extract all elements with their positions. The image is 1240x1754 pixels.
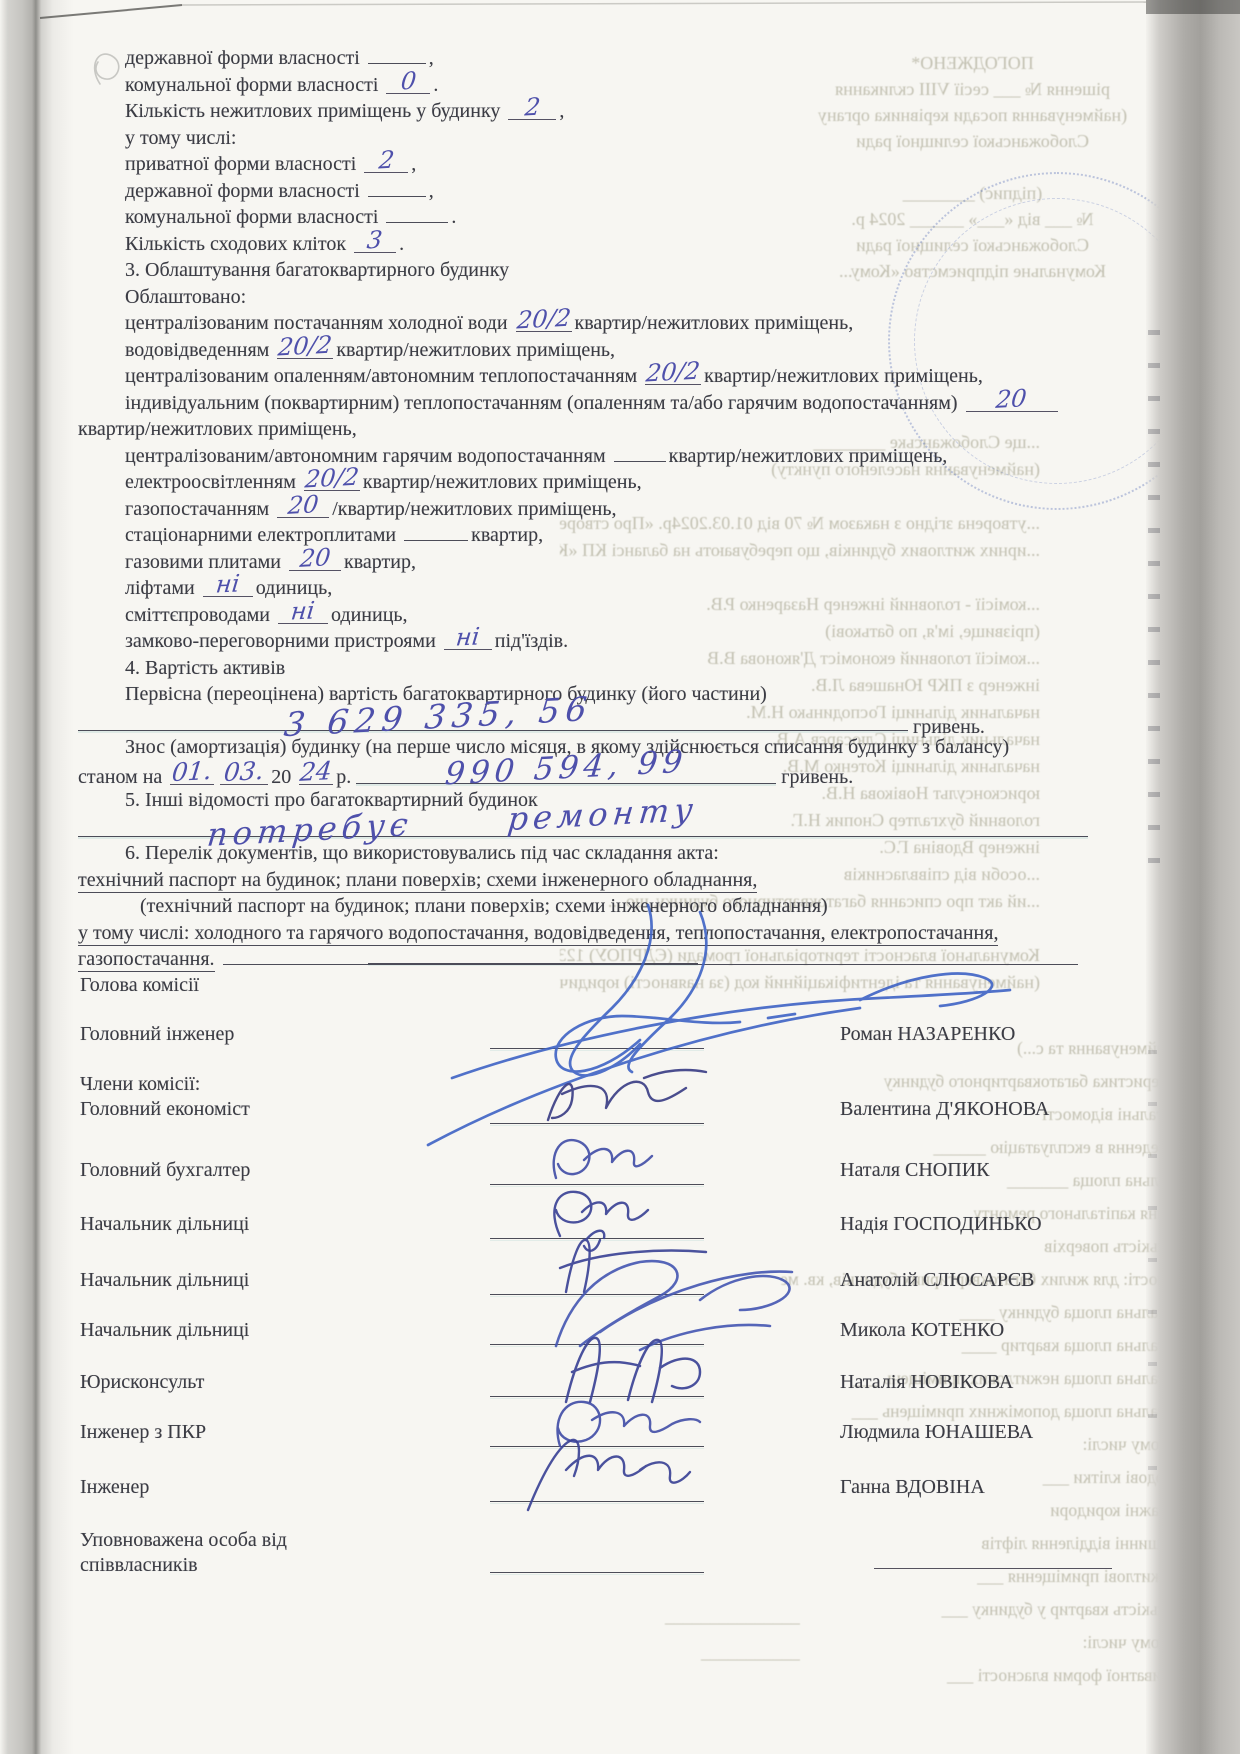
handwritten-entry-line: 3 629 335, 56: [78, 708, 908, 731]
printed-text: .: [451, 206, 456, 228]
handwritten-entry-field: 20: [277, 497, 329, 518]
printed-text: Облаштовано:: [125, 286, 246, 308]
handwritten-entry-field: 01.: [170, 764, 214, 785]
signature-role-label: Уповноважена особа від співвласників: [80, 1528, 287, 1578]
handwritten-value: 03.: [223, 757, 265, 784]
document-line-34: у тому числі: холодного та гарячого водо…: [78, 920, 1163, 947]
printed-text: квартир,: [471, 524, 543, 546]
signee-name-line: [874, 1568, 1112, 1569]
signature-line: [368, 963, 698, 964]
printed-text: замково-переговорними пристроями: [125, 630, 436, 652]
printed-text: електроосвітленням: [125, 471, 296, 493]
handwritten-value: 01.: [171, 757, 213, 784]
blank-underline: [614, 443, 666, 462]
signature-line: [490, 1123, 704, 1124]
printed-text: квартир/нежитлових приміщень,: [669, 445, 948, 467]
signature-role-label: Голова комісії: [80, 973, 199, 998]
blank-underline: [368, 178, 426, 197]
document-line-7: комунальної форми власності .: [78, 204, 1163, 231]
handwritten-entry-field: ні: [203, 576, 253, 597]
printed-text: державної форми власності: [125, 180, 360, 202]
handwritten-value: 20: [298, 545, 331, 571]
signature-row: Члени комісії:: [78, 1072, 1163, 1097]
bleedthrough-line: ___________: [540, 1634, 800, 1670]
document-line-21: ліфтами ніодиниць,: [78, 575, 1163, 602]
signature-line: [490, 1184, 704, 1185]
document-line-1: державної форми власності ,: [78, 45, 1163, 72]
printed-text: газовими плитами: [125, 551, 281, 573]
printed-text: водовідведенням: [125, 339, 269, 361]
printed-text: .: [399, 233, 404, 255]
document-line-6: державної форми власності ,: [78, 178, 1163, 205]
handwritten-value: 20/2: [645, 359, 701, 386]
signature-line: [490, 1048, 704, 1049]
printed-text: технічний паспорт на будинок; плани пове…: [78, 869, 757, 893]
printed-text: 3. Облаштування багатоквартирного будинк…: [125, 259, 509, 281]
document-line-26: 3 629 335, 56 гривень.: [78, 708, 1163, 735]
signature-line: [490, 1501, 704, 1502]
document-line-30: потребує ремонту: [78, 814, 1163, 841]
signature-role-label: Інженер: [80, 1475, 149, 1500]
handwritten-entry-field: 20: [289, 550, 341, 571]
signature-line: [490, 1446, 704, 1447]
adjacent-page-text-fragments: [1148, 1050, 1157, 1480]
signature-role-label: Начальник дільниці: [80, 1212, 249, 1237]
document-line-35: газопостачання.: [78, 946, 1163, 973]
signee-name: Валентина Д'ЯКОНОВА: [840, 1098, 1049, 1121]
printed-text: (технічний паспорт на будинок; плани пов…: [140, 895, 828, 917]
signee-name: Наталія НОВІКОВА: [840, 1371, 1013, 1394]
handwritten-value: 3: [366, 227, 384, 252]
printed-text: Кількість нежитлових приміщень у будинку: [125, 100, 500, 122]
document-line-22: сміттєпроводами ніодиниць,: [78, 602, 1163, 629]
handwritten-entry-field: 24: [299, 764, 333, 785]
document-line-4: у тому числі:: [78, 125, 1163, 152]
handwritten-value: 20/2: [277, 332, 333, 359]
signature-row: Інженер з ПКРЛюдмила ЮНАШЕВА: [78, 1420, 1163, 1475]
printed-text: ,: [429, 47, 434, 69]
page-left-edge-shadow: [0, 0, 78, 1754]
handwritten-value: ні: [290, 598, 316, 623]
signature-role-label: Головний економіст: [80, 1097, 250, 1122]
signature-line: [490, 1572, 704, 1573]
handwritten-entry-line: потребує ремонту: [78, 814, 1088, 837]
signee-name: Роман НАЗАРЕНКО: [840, 1023, 1015, 1046]
document-line-2: комунальної форми власності 0.: [78, 72, 1163, 99]
signee-name: Надія ГОСПОДИНЬКО: [840, 1213, 1042, 1236]
signature-role-label: Члени комісії:: [80, 1072, 200, 1097]
signature-row: Голова комісії: [78, 973, 1163, 1022]
document-line-10: Облаштовано:: [78, 284, 1163, 311]
printed-text: квартир,: [344, 551, 416, 573]
signature-row: Головний інженерРоман НАЗАРЕНКО: [78, 1022, 1163, 1072]
printed-text: станом на: [78, 766, 162, 788]
printed-text: у тому числі:: [125, 127, 236, 149]
signature-line: [490, 1294, 704, 1295]
handwritten-entry-field: 0: [386, 73, 430, 94]
signature-row: ЮрисконсультНаталія НОВІКОВА: [78, 1370, 1163, 1420]
document-line-28: станом на 01.03.20 24р. 990 594, 99 грив…: [78, 761, 1163, 788]
signature-role-label: Начальник дільниці: [80, 1268, 249, 1293]
printed-text: гривень.: [776, 766, 853, 788]
printed-text: квартир/нежитлових приміщень,: [336, 339, 615, 361]
blank-underline: [404, 522, 468, 541]
adjacent-page-text-fragments: [1148, 330, 1160, 890]
handwritten-entry-field: 03.: [220, 764, 268, 785]
signature-row: Начальник дільниціНадія ГОСПОДИНЬКО: [78, 1212, 1163, 1268]
handwritten-entry-field: 20/2: [645, 364, 701, 385]
document-line-12: водовідведенням 20/2квартир/нежитлових п…: [78, 337, 1163, 364]
printed-text: квартир/нежитлових приміщень,: [363, 471, 642, 493]
handwritten-value: ні: [455, 624, 481, 649]
document-line-19: стаціонарними електроплитами квартир,: [78, 522, 1163, 549]
handwritten-value: 24: [299, 758, 333, 785]
printed-text: у тому числі: холодного та гарячого водо…: [78, 922, 998, 946]
signature-row: ІнженерГанна ВДОВІНА: [78, 1475, 1163, 1528]
document-lines: державної форми власності , комунальної …: [78, 45, 1163, 973]
signature-row: Начальник дільниціАнатолій СЛЮСАРЄВ: [78, 1268, 1163, 1318]
signature-role-label: Головний бухгалтер: [80, 1158, 250, 1183]
handwritten-entry-line: 990 594, 99: [356, 761, 776, 784]
document-line-5: приватної форми власності 2,: [78, 151, 1163, 178]
printed-text: ліфтами: [125, 577, 195, 599]
signature-block: Голова комісіїГоловний інженерРоман НАЗА…: [78, 973, 1163, 1623]
signature-role-label: Інженер з ПКР: [80, 1420, 206, 1445]
handwritten-entry-field: 20: [966, 391, 1058, 412]
signature-role-label: Головний інженер: [80, 1022, 234, 1047]
page-corner-fold: [0, 0, 1240, 30]
document-line-9: 3. Облаштування багатоквартирного будинк…: [78, 257, 1163, 284]
printed-text: під'їздів.: [495, 630, 568, 652]
document-line-25: Первісна (переоцінена) вартість багатокв…: [78, 681, 1163, 708]
handwritten-value: 2: [523, 95, 541, 120]
printed-text: газопостачанням: [125, 498, 269, 520]
printed-text: одиниць,: [331, 604, 408, 626]
printed-text: р.: [336, 766, 351, 788]
printed-text: стаціонарними електроплитами: [125, 524, 396, 546]
signee-name: Микола КОТЕНКО: [840, 1319, 1004, 1342]
handwritten-value: 20: [995, 386, 1028, 412]
signature-row: Головний бухгалтерНаталя СНОПИК: [78, 1158, 1163, 1212]
signature-line: [490, 1396, 704, 1397]
signature-row: Уповноважена особа від співвласників: [78, 1528, 1163, 1623]
handwritten-value: 2: [377, 148, 395, 173]
handwritten-entry-field: 2: [364, 152, 408, 173]
printed-text: /квартир/нежитлових приміщень,: [332, 498, 616, 520]
printed-text: квартир/нежитлових приміщень,: [704, 365, 983, 387]
signee-name: Анатолій СЛЮСАРЄВ: [840, 1269, 1034, 1292]
printed-text: 4. Вартість активів: [125, 657, 285, 679]
signature-role-label: Начальник дільниці: [80, 1318, 249, 1343]
handwritten-value: 0: [400, 68, 418, 93]
handwritten-entry-field: 20/2: [277, 338, 333, 359]
signee-name: Ганна ВДОВІНА: [840, 1476, 985, 1499]
handwritten-entry-field: 20/2: [516, 311, 572, 332]
document-line-15: квартир/нежитлових приміщень,: [78, 416, 1163, 443]
document-body: державної форми власності , комунальної …: [78, 45, 1163, 1623]
printed-text: приватної форми власності: [125, 153, 356, 175]
document-line-11: централізованим постачанням холодної вод…: [78, 310, 1163, 337]
printed-text: .: [433, 74, 438, 96]
document-line-14: індивідуальним (поквартирним) теплопоста…: [78, 390, 1163, 417]
document-line-3: Кількість нежитлових приміщень у будинку…: [78, 98, 1163, 125]
printed-text: ,: [429, 180, 434, 202]
printed-text: одиниць,: [256, 577, 333, 599]
handwritten-entry-field: ні: [444, 629, 492, 650]
signature-row: Головний економістВалентина Д'ЯКОНОВА: [78, 1097, 1163, 1158]
handwritten-entry-field: 2: [508, 99, 556, 120]
handwritten-value: 20: [287, 492, 320, 518]
printed-text: сміттєпроводами: [125, 604, 270, 626]
printed-text: централізованим опаленням/автономним теп…: [125, 365, 637, 387]
printed-text: Кількість сходових кліток: [125, 233, 346, 255]
handwritten-value: 20/2: [515, 306, 571, 333]
document-line-18: газопостачанням 20/квартир/нежитлових пр…: [78, 496, 1163, 523]
printed-text: квартир/нежитлових приміщень,: [575, 312, 854, 334]
signature-row: Начальник дільниціМикола КОТЕНКО: [78, 1318, 1163, 1370]
printed-text: ,: [559, 100, 564, 122]
signature-role-label: Юрисконсульт: [80, 1370, 204, 1395]
printed-text: газопостачання.: [78, 948, 215, 972]
document-line-33: (технічний паспорт на будинок; плани пов…: [78, 893, 1163, 920]
handwritten-entry-field: 20/2: [304, 470, 360, 491]
document-line-8: Кількість сходових кліток 3.: [78, 231, 1163, 258]
signee-name: Людмила ЮНАШЕВА: [840, 1421, 1033, 1444]
signature-line: [490, 1238, 704, 1239]
document-line-17: електроосвітленням 20/2квартир/нежитлови…: [78, 469, 1163, 496]
printed-text: державної форми власності: [125, 47, 360, 69]
printed-text: 20: [271, 766, 291, 788]
printed-text: індивідуальним (поквартирним) теплопоста…: [125, 392, 958, 414]
document-line-24: 4. Вартість активів: [78, 655, 1163, 682]
document-line-32: технічний паспорт на будинок; плани пове…: [78, 867, 1163, 894]
bleedthrough-line: у тому числі:: [780, 1626, 1180, 1659]
document-line-23: замково-переговорними пристроями ніпід'ї…: [78, 628, 1163, 655]
handwritten-value: ні: [215, 571, 241, 596]
printed-text: ,: [411, 153, 416, 175]
document-line-16: централізованим/автономним гарячим водоп…: [78, 443, 1163, 470]
handwritten-entry-field: ні: [278, 603, 328, 624]
page-edge-top-cap: [1146, 0, 1240, 14]
printed-text: комунальної форми власності: [125, 74, 378, 96]
bleedthrough-line: приватної форми власності ___: [780, 1659, 1180, 1692]
printed-text: квартир/нежитлових приміщень,: [78, 418, 357, 440]
handwritten-value: 20/2: [304, 465, 360, 492]
blank-underline: [368, 45, 426, 64]
signature-line: [490, 1344, 704, 1345]
adjacent-page-edge: [1146, 0, 1240, 1754]
handwritten-entry-field: 3: [354, 232, 396, 253]
signee-name: Наталя СНОПИК: [840, 1159, 989, 1182]
printed-text: централізованим/автономним гарячим водоп…: [125, 445, 606, 467]
printed-text: комунальної форми власності: [125, 206, 378, 228]
scanned-document-page: ПОГОДЖЕНО*рішення № ___ сесії VIII склик…: [0, 0, 1240, 1754]
blank-underline: [386, 204, 448, 223]
